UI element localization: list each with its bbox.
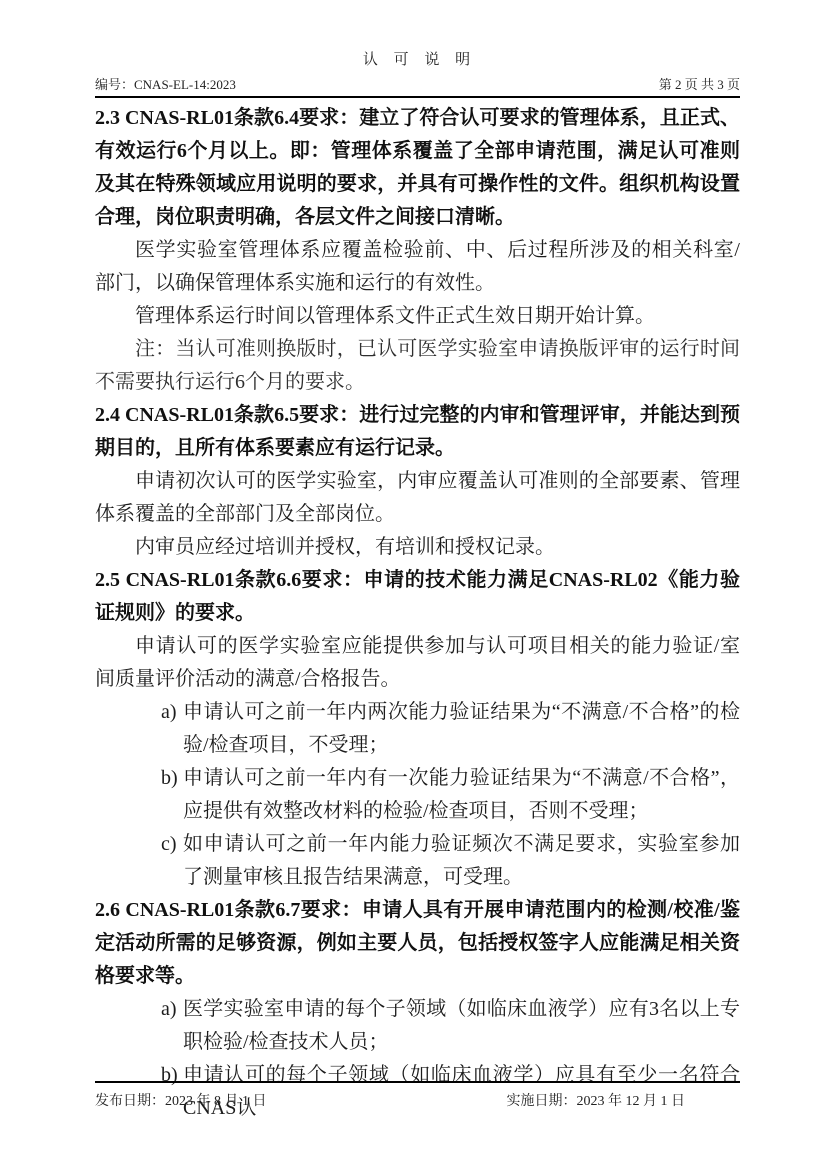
section-heading-2-3: 2.3 CNAS-RL01条款6.4要求：建立了符合认可要求的管理体系，且正式、… [95, 102, 740, 234]
list-item: c) 如申请认可之前一年内能力验证频次不满足要求，实验室参加了测量审核且报告结果… [95, 828, 740, 894]
footer-dates-row: 发布日期：2023 年 8 月 1 日 实施日期：2023 年 12 月 1 日 [95, 1083, 740, 1110]
implement-date: 实施日期：2023 年 12 月 1 日 [507, 1090, 686, 1110]
document-title: 认 可 说 明 [95, 48, 740, 69]
list-item: b) 申请认可之前一年内有一次能力验证结果为“不满意/不合格”，应提供有效整改材… [95, 762, 740, 828]
list-item-text: 如申请认可之前一年内能力验证频次不满足要求，实验室参加了测量审核且报告结果满意，… [183, 833, 740, 888]
paragraph: 医学实验室管理体系应覆盖检验前、中、后过程所涉及的相关科室/部门，以确保管理体系… [95, 234, 740, 300]
document-page: 认 可 说 明 编号：CNAS-EL-14:2023 第 2 页 共 3 页 2… [0, 0, 827, 1170]
paragraph: 申请认可的医学实验室应能提供参加与认可项目相关的能力验证/室间质量评价活动的满意… [95, 630, 740, 696]
paragraph: 管理体系运行时间以管理体系文件正式生效日期开始计算。 [95, 300, 740, 333]
issue-date: 发布日期：2023 年 8 月 1 日 [95, 1090, 267, 1110]
list-item-label: a) [161, 993, 177, 1026]
section-heading-2-4: 2.4 CNAS-RL01条款6.5要求：进行过完整的内审和管理评审，并能达到预… [95, 399, 740, 465]
section-heading-2-6: 2.6 CNAS-RL01条款6.7要求：申请人具有开展申请范围内的检测/校准/… [95, 894, 740, 993]
paragraph: 内审员应经过培训并授权，有培训和授权记录。 [95, 531, 740, 564]
document-number: 编号：CNAS-EL-14:2023 [95, 74, 236, 93]
list-item-text: 申请认可之前一年内有一次能力验证结果为“不满意/不合格”，应提供有效整改材料的检… [183, 767, 740, 822]
list-item-text: 医学实验室申请的每个子领域（如临床血液学）应有3名以上专职检验/检查技术人员； [183, 998, 740, 1053]
list-item: a) 医学实验室申请的每个子领域（如临床血液学）应有3名以上专职检验/检查技术人… [95, 993, 740, 1059]
note-paragraph: 注：当认可准则换版时，已认可医学实验室申请换版评审的运行时间不需要执行运行6个月… [95, 333, 740, 399]
list-item-label: a) [161, 696, 177, 729]
section-heading-2-5: 2.5 CNAS-RL01条款6.6要求：申请的技术能力满足CNAS-RL02《… [95, 564, 740, 630]
header-meta-row: 编号：CNAS-EL-14:2023 第 2 页 共 3 页 [95, 74, 740, 93]
page-header: 认 可 说 明 编号：CNAS-EL-14:2023 第 2 页 共 3 页 [95, 48, 740, 98]
page-footer: 发布日期：2023 年 8 月 1 日 实施日期：2023 年 12 月 1 日 [95, 1081, 740, 1110]
paragraph: 申请初次认可的医学实验室，内审应覆盖认可准则的全部要素、管理体系覆盖的全部部门及… [95, 465, 740, 531]
list-item-label: b) [161, 762, 178, 795]
list-item-label: c) [161, 828, 177, 861]
list-item: a) 申请认可之前一年内两次能力验证结果为“不满意/不合格”的检验/检查项目，不… [95, 696, 740, 762]
document-body: 2.3 CNAS-RL01条款6.4要求：建立了符合认可要求的管理体系，且正式、… [95, 102, 740, 1125]
list-item-text: 申请认可之前一年内两次能力验证结果为“不满意/不合格”的检验/检查项目，不受理； [183, 701, 740, 756]
page-number-indicator: 第 2 页 共 3 页 [659, 74, 740, 93]
header-divider [95, 96, 740, 98]
